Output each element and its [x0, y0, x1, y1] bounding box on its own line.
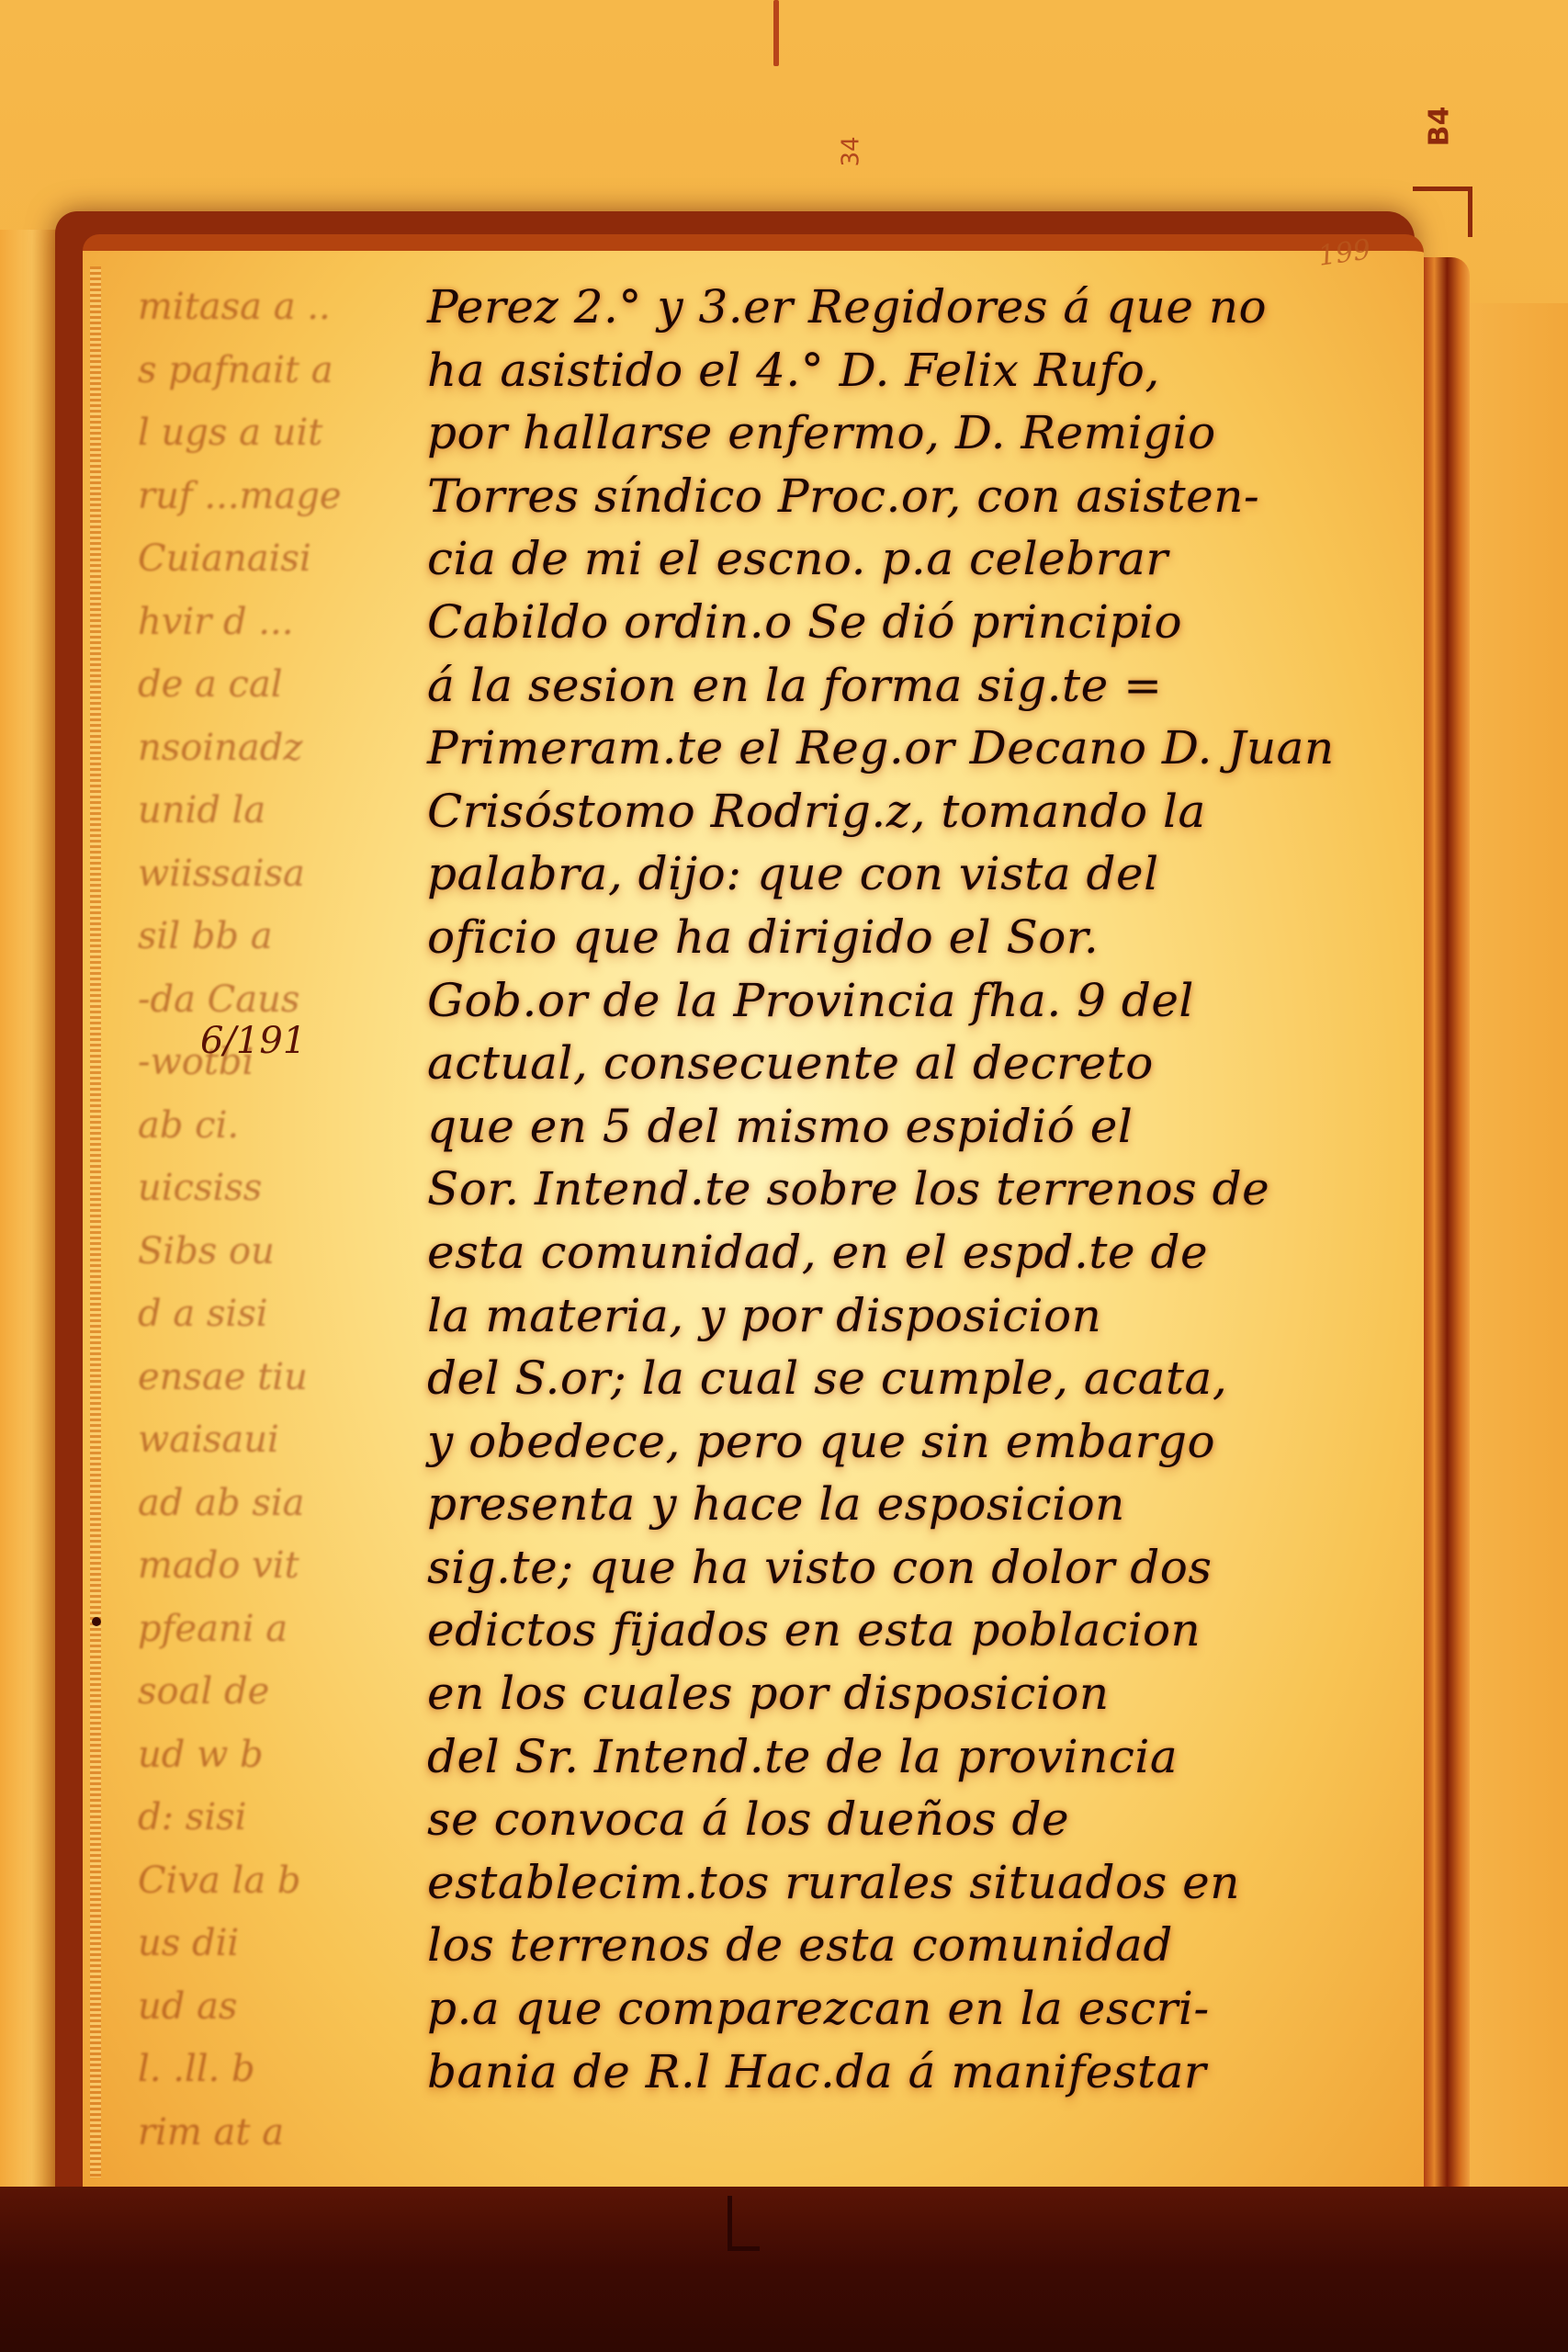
manuscript-line: sig.te; que ha visto con dolor dos [427, 1536, 1419, 1600]
ink-dot [92, 1617, 101, 1626]
manuscript-line: Gob.or de la Provincia fha. 9 del [427, 969, 1419, 1033]
manuscript-line: Primeram.te el Reg.or Decano D. Juan [427, 717, 1419, 780]
manuscript-line: Perez 2.° y 3.er Regidores á que no [427, 276, 1419, 339]
background-card [1470, 303, 1568, 2223]
manuscript-line: presenta y hace la esposicion [427, 1473, 1419, 1536]
manuscript-line: la materia, y por disposicion [427, 1284, 1419, 1348]
manuscript-line: en los cuales por disposicion [427, 1662, 1419, 1725]
manuscript-line: establecim.tos rurales situados en [427, 1851, 1419, 1915]
manuscript-line: los terrenos de esta comunidad [427, 1914, 1419, 1977]
manuscript-line: esta comunidad, en el espd.te de [427, 1221, 1419, 1284]
table-shadow [0, 2187, 1568, 2352]
manuscript-line: cia de mi el escno. p.a celebrar [427, 527, 1419, 591]
manuscript-text: Perez 2.° y 3.er Regidores á que no ha a… [427, 276, 1419, 2103]
manuscript-line: del Sr. Intend.te de la provincia [427, 1725, 1419, 1789]
manuscript-line: se convoca á los dueños de [427, 1788, 1419, 1851]
ruler-label-34: 34 [838, 136, 865, 166]
manuscript-line: que en 5 del mismo espidió el [427, 1095, 1419, 1159]
ruler-tick-mark [773, 0, 779, 66]
manuscript-line: Crisóstomo Rodrig.z, tomando la [427, 780, 1419, 843]
ruler-label-b4: B4 [1423, 107, 1455, 147]
manuscript-line: edictos fijados en esta poblacion [427, 1599, 1419, 1662]
manuscript-line: y obedece, pero que sin embargo [427, 1410, 1419, 1474]
manuscript-line: palabra, dijo: que con vista del [427, 842, 1419, 906]
manuscript-line: á la sesion en la forma sig.te = [427, 654, 1419, 718]
manuscript-line: p.a que comparezcan en la escri- [427, 1977, 1419, 2041]
manuscript-line: ha asistido el 4.° D. Felix Rufo, [427, 339, 1419, 402]
manuscript-line: bania de R.l Hac.da á manifestar [427, 2041, 1419, 2104]
manuscript-line: actual, consecuente al decreto [427, 1032, 1419, 1095]
manuscript-line: del S.or; la cual se cumple, acata, [427, 1347, 1419, 1410]
manuscript-line: por hallarse enfermo, D. Remigio [427, 401, 1419, 465]
manuscript-line: Sor. Intend.te sobre los terrenos de [427, 1158, 1419, 1221]
bleed-through-text: mitasa a ..s pafnait a l ugs a uitruf ..… [138, 276, 441, 2164]
manuscript-line: Torres síndico Proc.or, con asisten- [427, 465, 1419, 528]
manuscript-line: oficio que ha dirigido el Sor. [427, 906, 1419, 969]
crop-corner-mark [1413, 187, 1472, 237]
binding-stitch [90, 266, 101, 2177]
crop-corner-mark-bottom [728, 2196, 760, 2251]
manuscript-line: Cabildo ordin.o Se dió principio [427, 591, 1419, 654]
marginal-note: 6/191 [200, 1020, 306, 1062]
